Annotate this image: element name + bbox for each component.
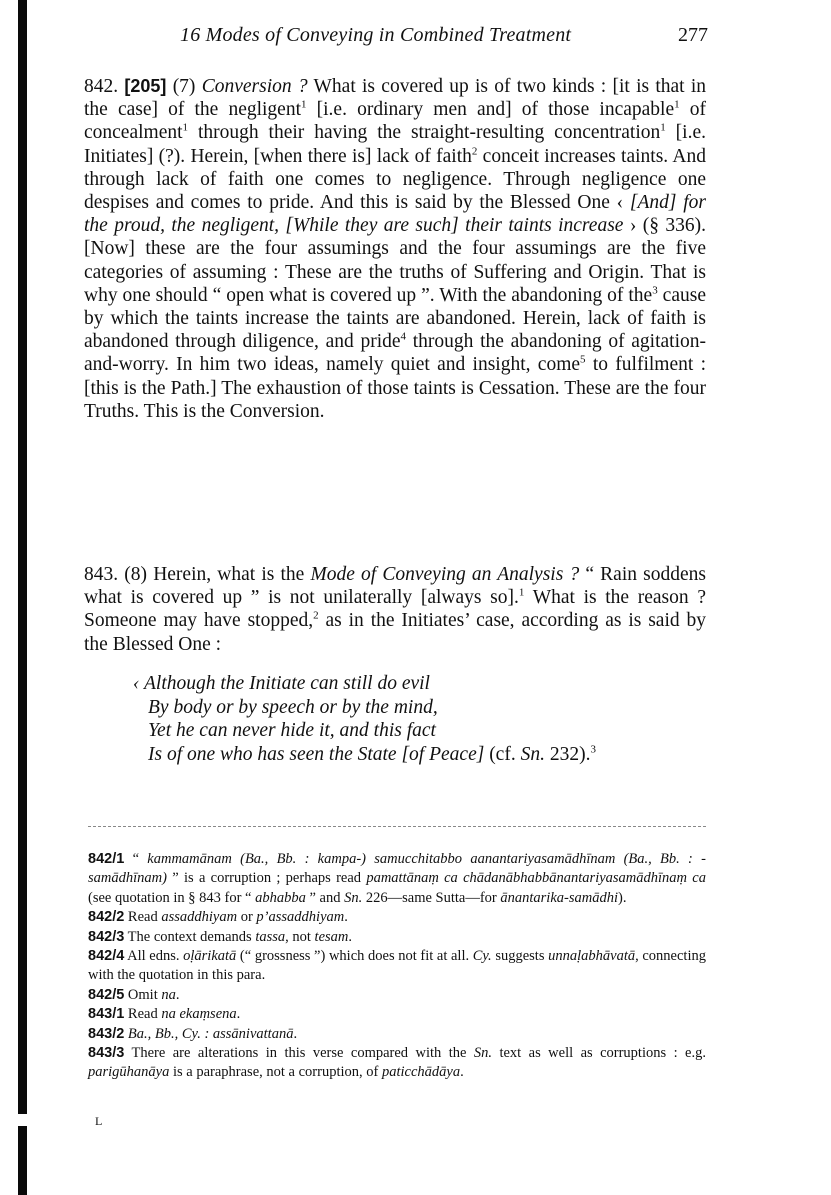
footnote-843-1: 843/1 Read na ekaṃsena. bbox=[88, 1005, 706, 1024]
paragraph-842: 842. [205] (7) Conversion ? What is cove… bbox=[84, 75, 706, 423]
footnote-separator bbox=[88, 826, 706, 827]
footnote-842-5: 842/5 Omit na. bbox=[88, 986, 706, 1005]
signature-mark: L bbox=[95, 1114, 102, 1129]
verse-quotation: ‹ Although the Initiate can still do evi… bbox=[133, 672, 596, 766]
footnotes: 842/1 “ kammamānam (Ba., Bb. : kampa-) s… bbox=[88, 850, 706, 1083]
footnote-842-2: 842/2 Read assaddhiyam or p’assaddhiyam. bbox=[88, 908, 706, 927]
page-number: 277 bbox=[678, 24, 708, 47]
section-heading: Conversion ? bbox=[202, 76, 308, 97]
running-head: 16 Modes of Conveying in Combined Treatm… bbox=[180, 24, 708, 50]
footnote-842-3: 842/3 The context demands tassa, not tes… bbox=[88, 928, 706, 947]
running-head-title: 16 Modes of Conveying in Combined Treatm… bbox=[180, 24, 571, 47]
binding-shadow-gap bbox=[18, 1114, 27, 1126]
verse-line-last: Is of one who has seen the State [of Pea… bbox=[133, 743, 596, 767]
section-heading: Mode of Conveying an Analysis ? bbox=[310, 564, 579, 585]
verse-line: Yet he can never hide it, and this fact bbox=[133, 719, 596, 743]
verse-line: By body or by speech or by the mind, bbox=[133, 696, 596, 720]
para-number: 842. bbox=[84, 76, 118, 97]
footnote-842-1: 842/1 “ kammamānam (Ba., Bb. : kampa-) s… bbox=[88, 850, 706, 908]
page-reference: [205] bbox=[124, 76, 166, 96]
footnote-842-4: 842/4 All edns. oḷārikatā (“ grossness ”… bbox=[88, 947, 706, 986]
footnote-843-2: 843/2 Ba., Bb., Cy. : assānivattanā. bbox=[88, 1025, 706, 1044]
para-number: 843. bbox=[84, 564, 118, 585]
citation-work: Sn. bbox=[521, 744, 545, 765]
verse-line: ‹ Although the Initiate can still do evi… bbox=[133, 672, 596, 696]
footnote-843-3: 843/3 There are alterations in this vers… bbox=[88, 1044, 706, 1083]
paragraph-843: 843. (8) Herein, what is the Mode of Con… bbox=[84, 563, 706, 656]
binding-shadow bbox=[18, 0, 27, 1195]
footnote-ref: 3 bbox=[590, 743, 596, 755]
